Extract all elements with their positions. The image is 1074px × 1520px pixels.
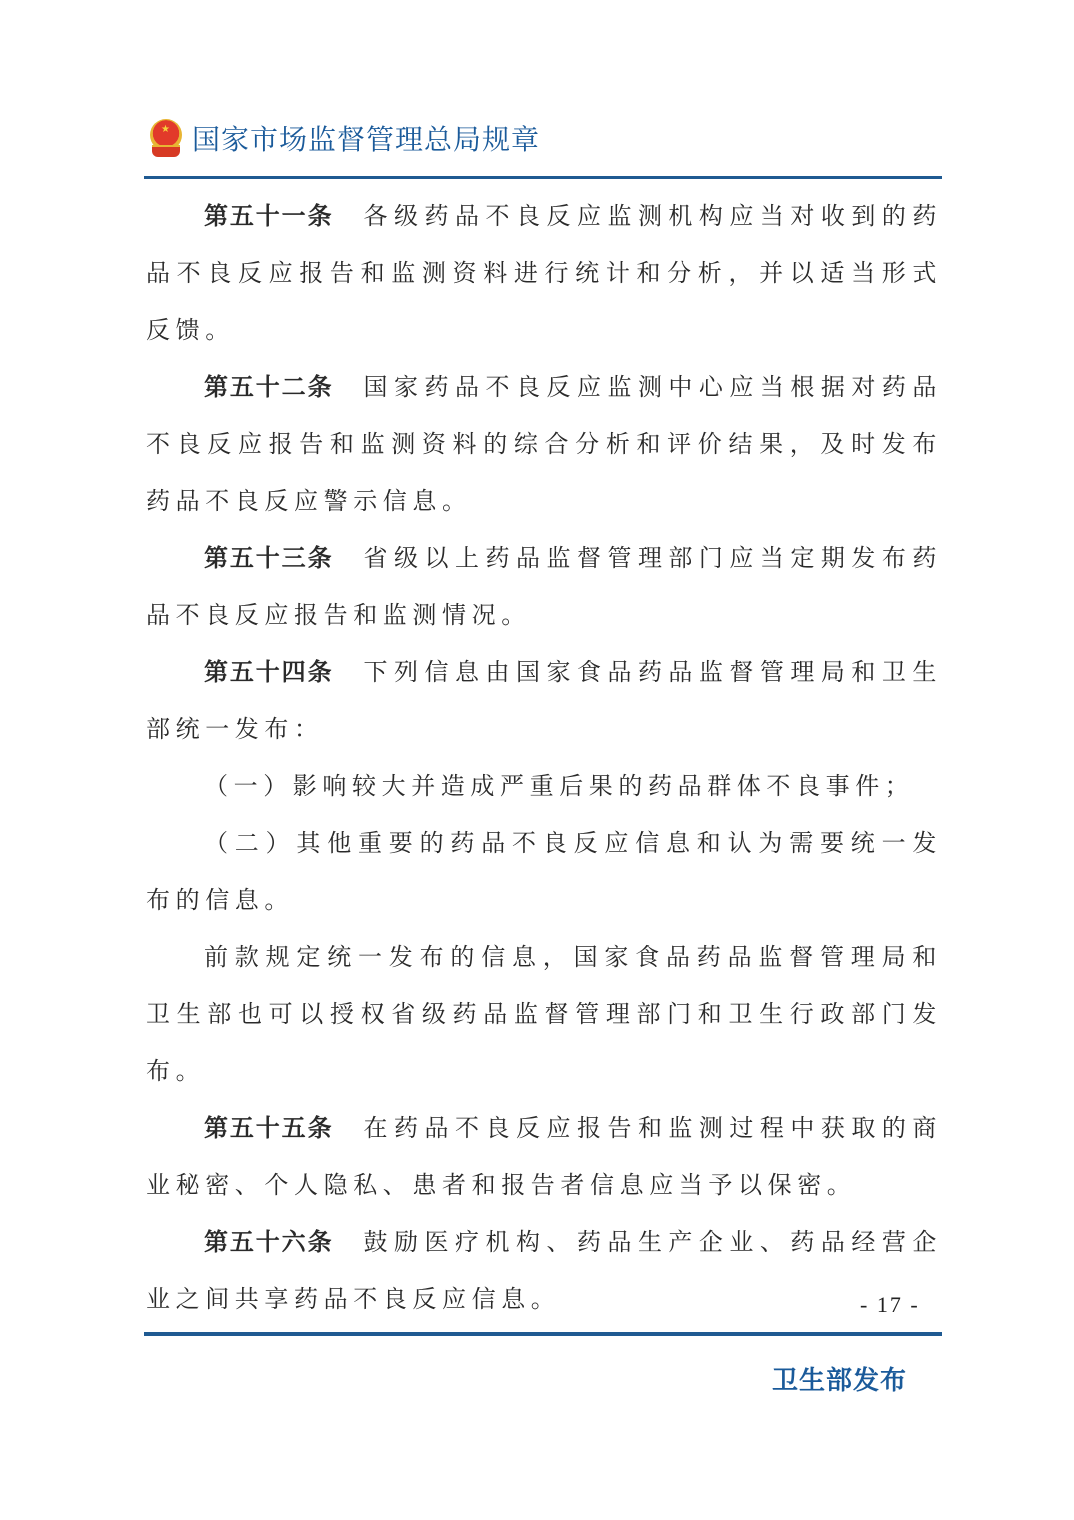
document-header: ★ 国家市场监督管理总局规章 bbox=[146, 116, 540, 160]
article-number: 第五十一条 bbox=[204, 202, 333, 230]
page-number: - 17 - bbox=[860, 1292, 920, 1318]
article-number: 第五十五条 bbox=[204, 1114, 333, 1142]
article-55: 第五十五条在药品不良反应报告和监测过程中获取的商业秘密、个人隐私、患者和报告者信… bbox=[146, 1100, 942, 1214]
article-56: 第五十六条鼓励医疗机构、药品生产企业、药品经营企业之间共享药品不良反应信息。 bbox=[146, 1214, 942, 1328]
article-54: 第五十四条下列信息由国家食品药品监督管理局和卫生部统一发布： bbox=[146, 644, 942, 758]
article-number: 第五十二条 bbox=[204, 373, 333, 401]
article-51: 第五十一条各级药品不良反应监测机构应当对收到的药品不良反应报告和监测资料进行统计… bbox=[146, 188, 942, 359]
article-number: 第五十三条 bbox=[204, 544, 333, 572]
article-number: 第五十六条 bbox=[204, 1228, 333, 1256]
publisher-label: 卫生部发布 bbox=[772, 1360, 907, 1397]
paragraph-authorization: 前款规定统一发布的信息，国家食品药品监督管理局和卫生部也可以授权省级药品监督管理… bbox=[146, 929, 942, 1100]
document-body: 第五十一条各级药品不良反应监测机构应当对收到的药品不良反应报告和监测资料进行统计… bbox=[146, 188, 942, 1328]
article-number: 第五十四条 bbox=[204, 658, 333, 686]
footer-divider bbox=[144, 1332, 942, 1336]
list-item-2: （二）其他重要的药品不良反应信息和认为需要统一发布的信息。 bbox=[146, 815, 942, 929]
national-emblem-icon: ★ bbox=[146, 118, 184, 158]
article-52: 第五十二条国家药品不良反应监测中心应当根据对药品不良反应报告和监测资料的综合分析… bbox=[146, 359, 942, 530]
list-item-1: （一）影响较大并造成严重后果的药品群体不良事件； bbox=[146, 758, 942, 815]
header-title: 国家市场监督管理总局规章 bbox=[192, 118, 540, 158]
header-divider bbox=[144, 176, 942, 179]
article-53: 第五十三条省级以上药品监督管理部门应当定期发布药品不良反应报告和监测情况。 bbox=[146, 530, 942, 644]
